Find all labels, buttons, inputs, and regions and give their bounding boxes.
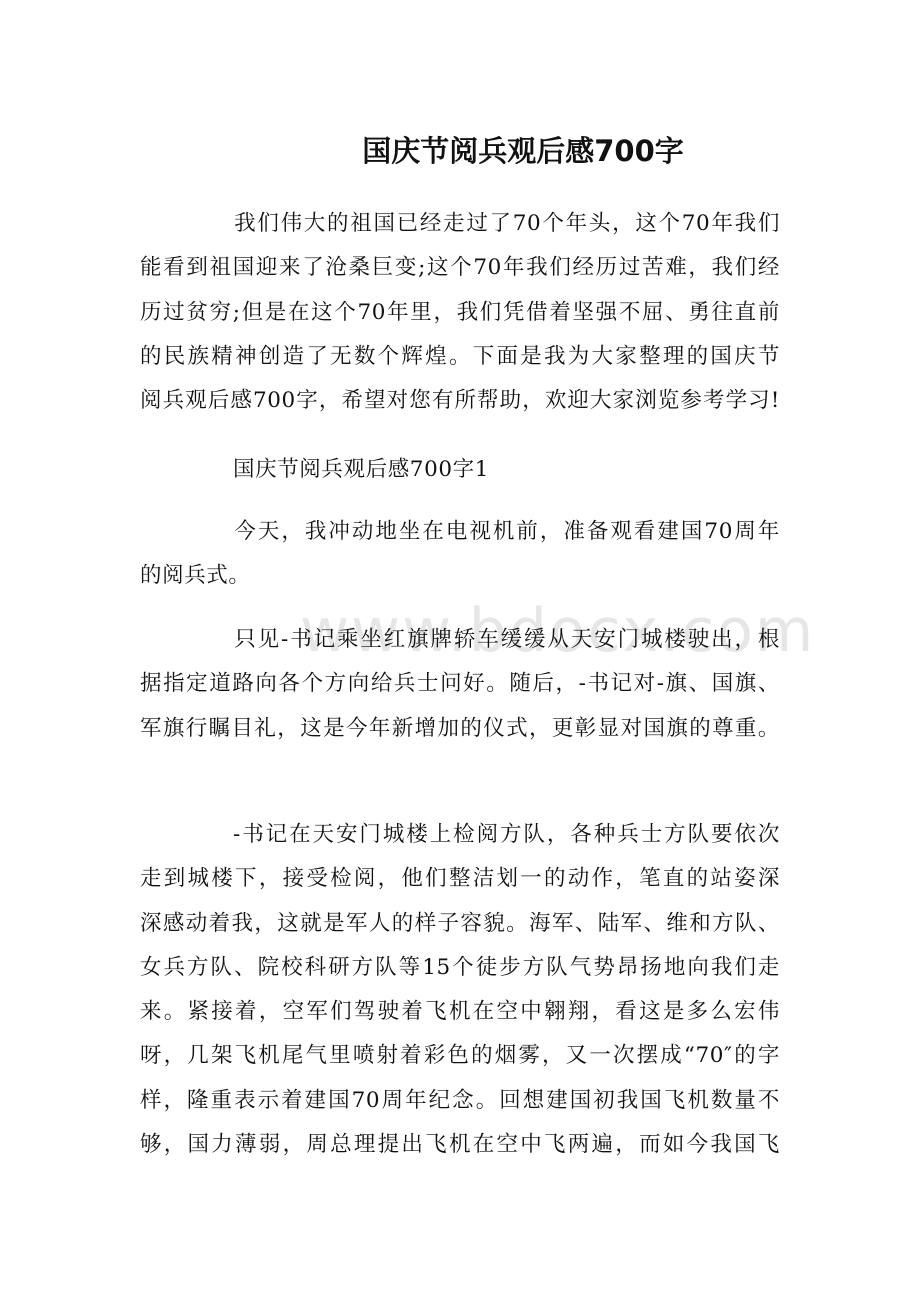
text-line: 据指定道路向各个方向给兵士问好。随后，-书记对-旗、国旗、 [140, 662, 780, 706]
text-line: 呀，几架飞机尾气里喷射着彩色的烟雾，又一次摆成“70″的字 [140, 1034, 780, 1078]
body-paragraph: 今天，我冲动地坐在电视机前，准备观看建国70周年 的阅兵式。 [140, 510, 780, 599]
text-line: -书记在天安门城楼上检阅方队，各种兵士方队要依次 [140, 813, 780, 857]
body-paragraph: 只见-书记乘坐红旗牌轿车缓缓从天安门城楼驶出，根 据指定道路向各个方向给兵士问好… [140, 618, 780, 751]
text-line: 女兵方队、院校科研方队等15个徒步方队气势昂扬地向我们走 [140, 946, 780, 990]
text-line: 阅兵观后感700字，希望对您有所帮助，欢迎大家浏览参考学习! [140, 379, 780, 423]
document-page: www.bdocx.com 国庆节阅兵观后感700字 我们伟大的祖国已经走过了7… [0, 0, 920, 1302]
section-heading: 国庆节阅兵观后感700字1 [140, 448, 780, 492]
text-line: 深感动着我，这就是军人的样子容貌。海军、陆军、维和方队、 [140, 902, 780, 946]
text-line: 历过贫穷;但是在这个70年里，我们凭借着坚强不屈、勇往直前 [140, 291, 780, 335]
text-line: 我们伟大的祖国已经走过了70个年头，这个70年我们 [140, 202, 780, 246]
text-line: 今天，我冲动地坐在电视机前，准备观看建国70周年 [140, 510, 780, 554]
text-line: 只见-书记乘坐红旗牌轿车缓缓从天安门城楼驶出，根 [140, 618, 780, 662]
body-paragraph: -书记在天安门城楼上检阅方队，各种兵士方队要依次 走到城楼下，接受检阅，他们整洁… [140, 813, 780, 1167]
text-line: 军旗行瞩目礼，这是今年新增加的仪式，更彰显对国旗的尊重。 [140, 707, 780, 751]
text-line: 的阅兵式。 [140, 554, 780, 598]
text-line: 来。紧接着，空军们驾驶着飞机在空中翱翔，看这是多么宏伟 [140, 990, 780, 1034]
document-title: 国庆节阅兵观后感700字 [0, 131, 920, 171]
text-line: 的民族精神创造了无数个辉煌。下面是我为大家整理的国庆节 [140, 335, 780, 379]
text-line: 能看到祖国迎来了沧桑巨变;这个70年我们经历过苦难，我们经 [140, 246, 780, 290]
text-line: 样，隆重表示着建国70周年纪念。回想建国初我国飞机数量不 [140, 1079, 780, 1123]
text-line: 够，国力薄弱，周总理提出飞机在空中飞两遍，而如今我国飞 [140, 1123, 780, 1167]
intro-paragraph: 我们伟大的祖国已经走过了70个年头，这个70年我们 能看到祖国迎来了沧桑巨变;这… [140, 202, 780, 423]
text-line: 走到城楼下，接受检阅，他们整洁划一的动作，笔直的站姿深 [140, 857, 780, 901]
text-line: 国庆节阅兵观后感700字1 [140, 448, 780, 492]
